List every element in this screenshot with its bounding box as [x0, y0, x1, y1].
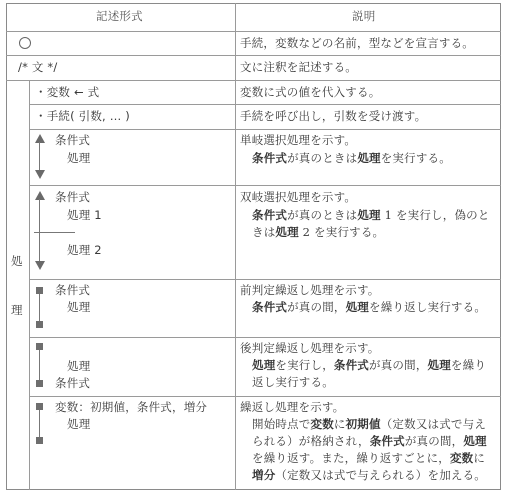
- loop-end-square-icon: [36, 437, 43, 444]
- loop-start-square-icon: [36, 343, 43, 350]
- bold-term: 処理: [275, 225, 298, 239]
- text: を繰り: [451, 358, 486, 372]
- text: 返し実行する。: [252, 375, 334, 389]
- arrow-down-icon: [35, 261, 45, 270]
- arrow-up-icon: [35, 191, 45, 200]
- column-divider: [235, 3, 236, 490]
- row-divider: [29, 129, 501, 130]
- desc-comment: 文に注釈を記述する。: [240, 60, 357, 75]
- bold-term: 処理: [463, 434, 486, 448]
- format-process-1: 処理 1: [67, 208, 102, 223]
- bold-term: 処理: [357, 208, 380, 222]
- text: 2 を実行する。: [299, 225, 384, 239]
- text: きは: [252, 225, 275, 239]
- row-divider: [29, 185, 501, 186]
- declaration-circle-icon: [19, 37, 31, 49]
- text: に: [473, 451, 485, 465]
- text: （定数又は式で与え: [381, 417, 486, 431]
- bold-term: 処理: [357, 151, 380, 165]
- header-description: 説明: [352, 9, 375, 24]
- loop-line: [39, 294, 40, 321]
- format-process: 処理: [67, 300, 90, 315]
- text: が真の間，: [369, 358, 428, 372]
- arrow-up-icon: [35, 134, 45, 143]
- desc-double-selection-line2: きは処理 2 を実行する。: [252, 225, 384, 240]
- row-divider: [29, 279, 501, 280]
- header-format: 記述形式: [96, 9, 143, 24]
- loop-end-square-icon: [36, 380, 43, 387]
- branch-separator: [34, 232, 75, 233]
- side-label-char2: 理: [11, 303, 23, 318]
- format-process-2: 処理 2: [67, 243, 102, 258]
- desc-procedure-call: 手続を呼び出し，引数を受け渡す。: [240, 109, 426, 124]
- arrow-down-icon: [35, 170, 45, 179]
- desc-posttest-loop-title: 後判定繰返し処理を示す。: [240, 341, 379, 356]
- bold-term: 条件式: [370, 434, 405, 448]
- desc-assignment: 変数に式の値を代入する。: [240, 85, 380, 100]
- format-process: 処理: [67, 417, 90, 432]
- row-divider: [29, 396, 501, 397]
- loop-start-square-icon: [36, 287, 43, 294]
- format-assignment: ・変数 ← 式: [35, 85, 99, 100]
- format-condition: 条件式: [55, 283, 90, 298]
- desc-counted-loop-title: 繰返し処理を示す。: [240, 400, 344, 415]
- bold-term: 初期値: [346, 417, 381, 431]
- format-procedure-call: ・手続( 引数, … ): [35, 109, 130, 124]
- desc-pretest-loop-line1: 条件式が真の間，処理を繰り返し実行する。: [252, 300, 486, 315]
- bold-term: 変数: [311, 417, 334, 431]
- side-label-char1: 処: [11, 254, 23, 269]
- side-label-divider: [29, 80, 30, 490]
- text: （定数又は式で与えられる）を加える。: [275, 468, 486, 482]
- desc-single-selection-body: 条件式が真のときは処理を実行する。: [252, 151, 451, 166]
- desc-counted-loop-line4: 増分（定数又は式で与えられる）を加える。: [252, 468, 486, 483]
- arrow-shaft: [39, 199, 40, 261]
- bold-term: 条件式: [252, 300, 287, 314]
- format-comment: /* 文 */: [18, 60, 57, 75]
- format-process: 処理: [67, 151, 90, 166]
- bold-term: 条件式: [252, 208, 287, 222]
- desc-double-selection-line1: 条件式が真のときは処理 1 を実行し，偽のと: [252, 208, 490, 223]
- loop-end-square-icon: [36, 321, 43, 328]
- desc-counted-loop-line2: られる）が格納され，条件式が真の間，処理: [252, 434, 487, 449]
- text: を繰り返す。また，繰り返すごとに，: [252, 451, 450, 465]
- desc-counted-loop-line3: を繰り返す。また，繰り返すごとに，変数に: [252, 451, 485, 466]
- row-divider: [29, 337, 501, 338]
- format-process: 処理: [67, 359, 90, 374]
- text: が真のときは: [287, 208, 357, 222]
- bold-term: 条件式: [252, 151, 287, 165]
- bold-term: 増分: [252, 468, 275, 482]
- row-divider: [6, 80, 501, 81]
- format-condition: 条件式: [55, 190, 90, 205]
- text: が真の間，: [405, 434, 464, 448]
- loop-line: [39, 410, 40, 437]
- text: 開始時点で: [252, 417, 311, 431]
- text: を実行し，: [275, 358, 334, 372]
- desc-declaration: 手続，変数などの名前，型などを宣言する。: [240, 36, 474, 51]
- loop-start-square-icon: [36, 403, 43, 410]
- desc-single-selection-title: 単岐選択処理を示す。: [240, 133, 356, 148]
- row-divider: [29, 104, 501, 105]
- arrow-shaft: [39, 142, 40, 170]
- text: を実行する。: [381, 151, 451, 165]
- text: が真のときは: [287, 151, 357, 165]
- row-divider: [6, 55, 501, 56]
- bold-term: 処理: [428, 358, 451, 372]
- desc-double-selection-title: 双岐選択処理を示す。: [240, 190, 356, 205]
- bold-term: 条件式: [334, 358, 369, 372]
- desc-posttest-loop-line1: 処理を実行し，条件式が真の間，処理を繰り: [252, 358, 486, 373]
- desc-pretest-loop-title: 前判定繰返し処理を示す。: [240, 283, 379, 298]
- text: が真の間，: [287, 300, 346, 314]
- format-loop-header: 変数：初期値，条件式，増分: [55, 400, 207, 415]
- row-divider: [6, 31, 501, 32]
- text: を繰り返し実行する。: [369, 300, 486, 314]
- bold-term: 処理: [346, 300, 369, 314]
- desc-counted-loop-line1: 開始時点で変数に初期値（定数又は式で与え: [252, 417, 486, 432]
- format-condition: 条件式: [55, 133, 90, 148]
- bold-term: 処理: [252, 358, 275, 372]
- text: られる）が格納され，: [252, 434, 370, 448]
- format-condition: 条件式: [55, 376, 90, 391]
- text: に: [334, 417, 346, 431]
- desc-posttest-loop-line2: 返し実行する。: [252, 375, 334, 390]
- loop-line: [39, 350, 40, 380]
- text: 1 を実行し，偽のと: [381, 208, 490, 222]
- bold-term: 変数: [450, 451, 473, 465]
